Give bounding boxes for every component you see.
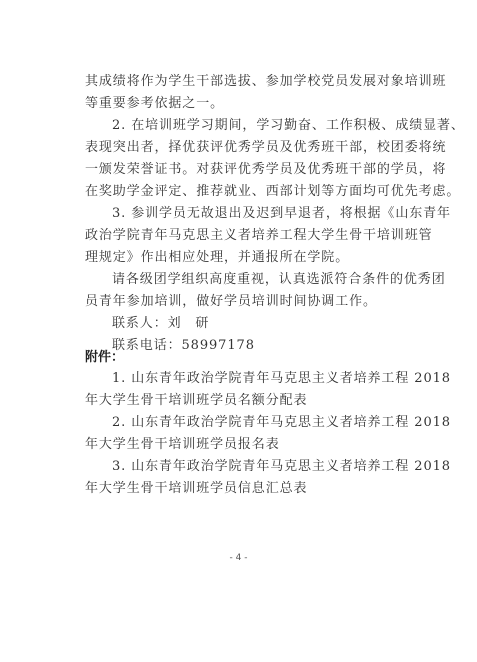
attachment-item-2-line1: 2. 山东青年政治学院青年马克思主义者培养工程 2018 (112, 415, 380, 431)
body-line: 等重要参考依据之一。 (85, 96, 380, 112)
body-line: 2. 在培训班学习期间，学习勤奋、工作积极、成绩显著、 (112, 118, 380, 134)
attachment-item-3-line1: 3. 山东青年政治学院青年马克思主义者培养工程 2018 (112, 459, 380, 475)
attachments-heading: 附件： (85, 350, 380, 366)
attachment-item-1-line2: 年大学生骨干培训班学员名额分配表 (85, 393, 380, 409)
body-line: 请各级团学组织高度重视，认真选派符合条件的优秀团 (112, 272, 380, 288)
body-line: 3. 参训学员无故退出及迟到早退者，将根据《山东青年 (112, 206, 380, 222)
body-line: 一颁发荣誉证书。对获评优秀学员及优秀班干部的学员，将 (85, 162, 380, 178)
body-line: 员青年参加培训，做好学员培训时间协调工作。 (85, 294, 380, 310)
body-line: 表现突出者，择优获评优秀学员及优秀班干部，校团委将统 (85, 140, 380, 156)
contact-person: 联系人：刘 研 (112, 316, 380, 332)
page-number: - 4 - (0, 553, 477, 563)
attachment-item-1-line1: 1. 山东青年政治学院青年马克思主义者培养工程 2018 (112, 371, 380, 387)
attachment-item-3-line2: 年大学生骨干培训班学员信息汇总表 (85, 481, 380, 497)
body-line: 其成绩将作为学生干部选拔、参加学校党员发展对象培训班 (85, 74, 380, 90)
document-page: 其成绩将作为学生干部选拔、参加学校党员发展对象培训班 等重要参考依据之一。 2.… (0, 0, 477, 662)
body-line: 政治学院青年马克思主义者培养工程大学生骨干培训班管 (85, 228, 380, 244)
body-line: 理规定》作出相应处理，并通报所在学院。 (85, 250, 380, 266)
attachment-item-2-line2: 年大学生骨干培训班学员报名表 (85, 437, 380, 453)
body-line: 在奖助学金评定、推荐就业、西部计划等方面均可优先考虑。 (85, 184, 380, 200)
